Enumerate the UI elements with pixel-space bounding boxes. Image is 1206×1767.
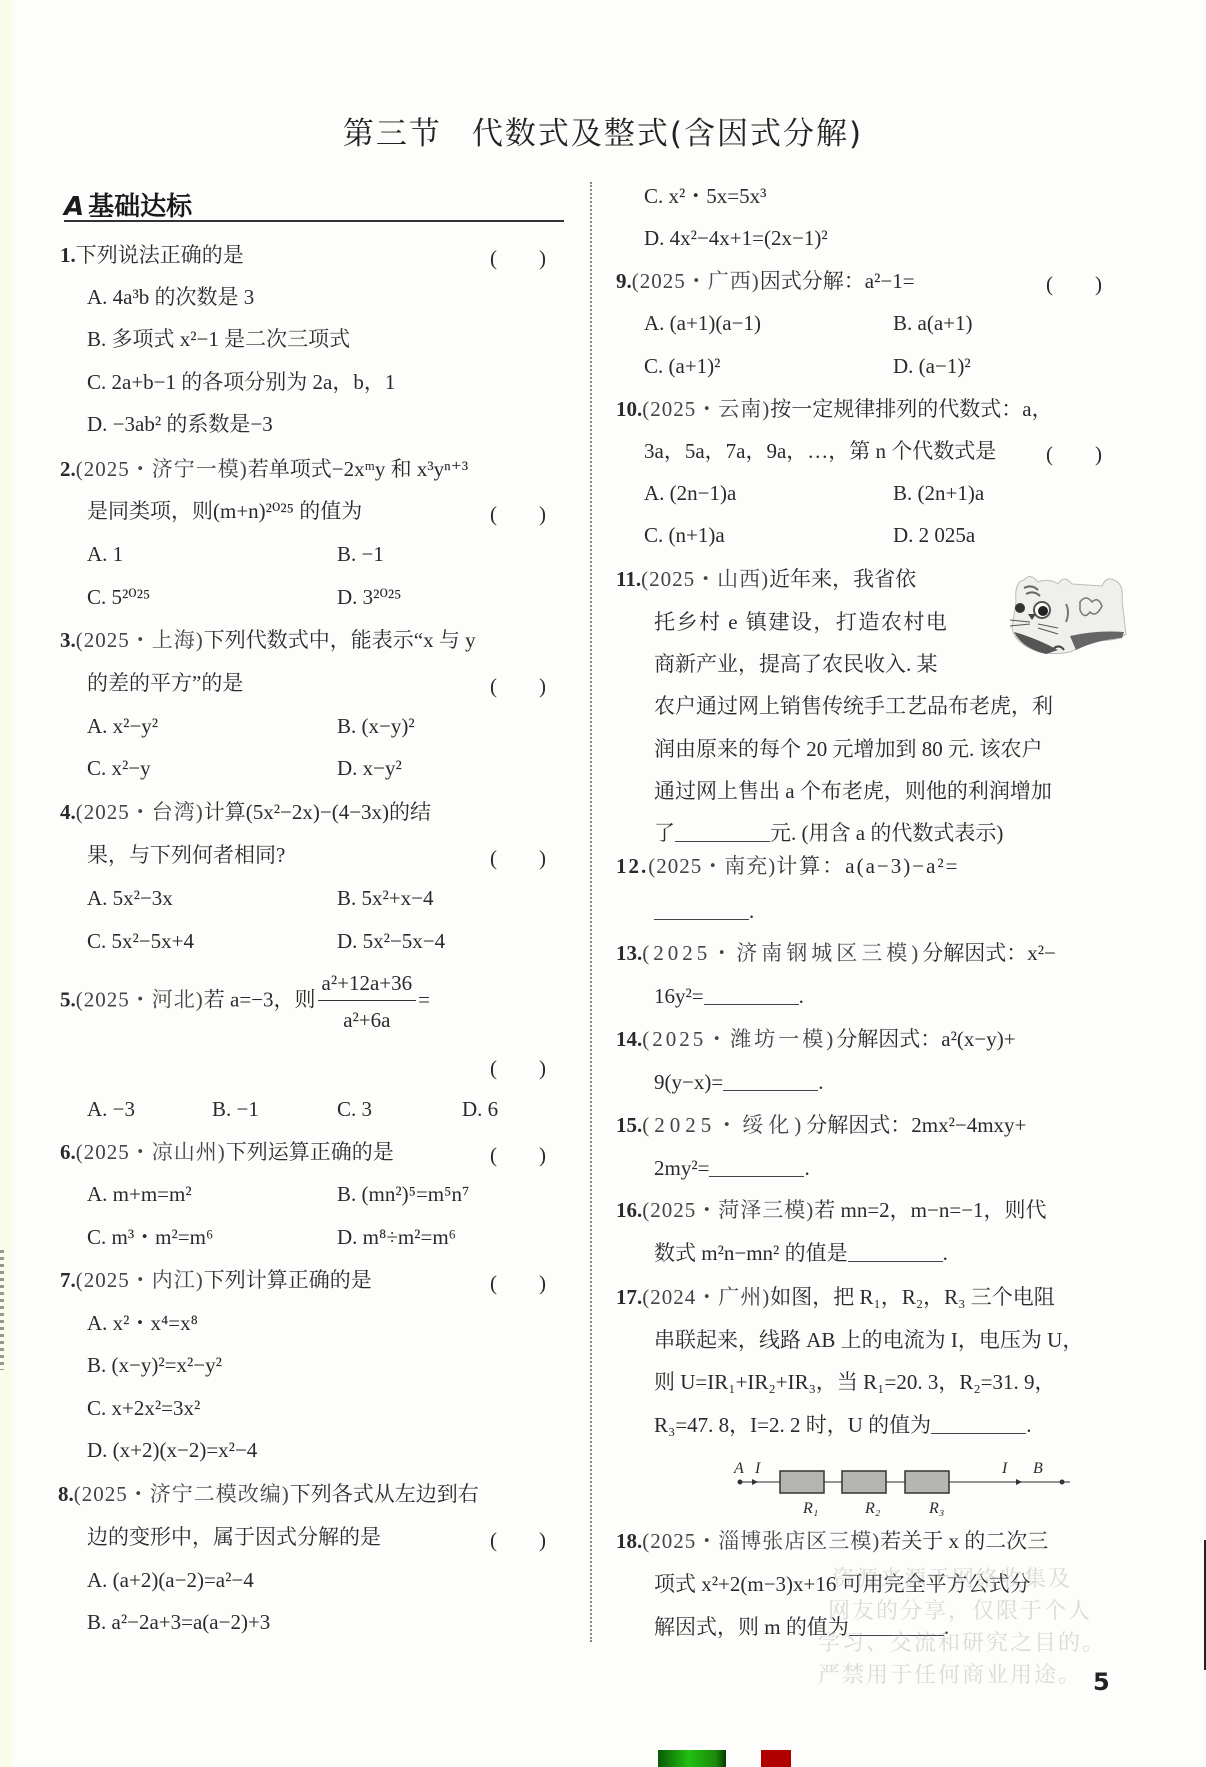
option-b: B. (x−y)² [337, 713, 415, 739]
question-stem: 下列各式从左边到右 [290, 1482, 479, 1506]
question-source: (2025・潍坊一模) [642, 1027, 836, 1051]
fraction-numerator: a²+12a+36 [318, 968, 417, 1001]
question-number: 15. [616, 1113, 642, 1137]
question-stem-cont: 是同类项，则(m+n)²⁰²⁵ 的值为 [87, 498, 362, 524]
node-label-b: B [1033, 1456, 1043, 1482]
question-text: 了 [654, 821, 675, 845]
option-a: A. −3 [87, 1096, 135, 1122]
question-number: 8. [58, 1482, 74, 1506]
question-stem: 分解因式：2mx²−4mxy+ [806, 1113, 1026, 1137]
question-stem: 计算(5x²−2x)−(4−3x)的结 [204, 800, 431, 824]
equals-sign: = [418, 987, 430, 1011]
resistor-label-r2: R₂ [865, 1496, 880, 1522]
question-stem: 下列说法正确的是 [76, 243, 244, 267]
question-source: (2025・山西) [641, 567, 769, 591]
option-a: A. (2n−1)a [644, 480, 736, 506]
question-number: 6. [60, 1140, 76, 1164]
option-a: A. x²−y² [87, 713, 158, 739]
period: . [1026, 1413, 1031, 1437]
question-number: 1. [60, 243, 76, 267]
answer-blank[interactable] [704, 984, 799, 1005]
question-stem-cont: 边的变形中，属于因式分解的是 [87, 1524, 381, 1550]
question-source: (2025・云南) [642, 397, 770, 421]
option-d: D. 6 [462, 1096, 498, 1122]
option-d: D. (x+2)(x−2)=x²−4 [87, 1437, 257, 1463]
question-source: (2025・内江) [76, 1268, 204, 1292]
answer-paren[interactable]: ( ) [490, 1524, 546, 1554]
answer-blank[interactable] [849, 1615, 944, 1636]
question-source: (2025・河北) [76, 987, 204, 1011]
question-source: (2025・南充) [648, 854, 776, 878]
option-d: D. (a−1)² [893, 353, 971, 379]
option-b: B. (mn²)⁵=m⁵n⁷ [337, 1181, 469, 1207]
page-title: 第三节代数式及整式(含因式分解) [0, 108, 1206, 153]
question-text: 元. (用含 a 的代数式表示) [770, 821, 1003, 845]
question-text: 近年来，我省依 [769, 567, 916, 591]
color-bar-green [658, 1750, 726, 1767]
question-stem-cont: 2my²= [654, 1156, 709, 1180]
page-left-edge [0, 0, 12, 1767]
question-source: (2025・菏泽三模) [642, 1198, 814, 1222]
question-stem: 分解因式：x²− [922, 941, 1056, 965]
question-source: (2025・凉山州) [76, 1140, 226, 1164]
question-stem: 下列代数式中，能表示“x 与 y [204, 628, 476, 652]
option-b: B. a²−2a+3=a(a−2)+3 [87, 1609, 270, 1635]
resistor-label-r1: R₁ [803, 1496, 818, 1522]
question-text: R₃=47. 8，I=2. 2 时，U 的值为 [654, 1413, 931, 1437]
option-a: A. m+m=m² [87, 1181, 192, 1207]
cloth-tiger-image [1006, 562, 1132, 658]
question-source: (2025・济宁一模) [76, 457, 248, 481]
question-text: 则 U=IR₁+IR₂+IR₃，当 R₁=20. 3，R₂=31. 9， [654, 1369, 1056, 1395]
question-number: 16. [616, 1198, 642, 1222]
question-source: (2025・济宁二模改编) [74, 1482, 290, 1506]
answer-paren[interactable]: ( ) [1046, 438, 1102, 468]
question-text: 托乡村 e 镇建设，打造农村电 [654, 609, 948, 635]
question-stem: 按一定规律排列的代数式：a， [770, 397, 1052, 421]
question-source: (2025・淄博张店区三模) [642, 1529, 880, 1553]
answer-blank[interactable] [709, 1156, 804, 1177]
question-stem: 如图，把 R₁，R₂，R₃ 三个电阻 [770, 1285, 1054, 1309]
option-d: D. −3ab² 的系数是−3 [87, 411, 273, 437]
period: . [944, 1615, 949, 1639]
question-source: (2025・绥化) [642, 1113, 806, 1137]
option-c: C. 2a+b−1 的各项分别为 2a，b，1 [87, 369, 395, 395]
answer-paren[interactable]: ( ) [490, 1052, 546, 1082]
question-number: 12. [616, 854, 648, 878]
question-source: (2025・济南钢城区三模) [642, 941, 922, 965]
option-a: A. 4a³b 的次数是 3 [87, 284, 254, 310]
current-label-right: I [1002, 1456, 1007, 1482]
answer-paren[interactable]: ( ) [490, 1139, 546, 1169]
section-number: 第三节 [343, 116, 442, 152]
binding-marks [0, 1250, 4, 1370]
option-b: B. −1 [337, 541, 384, 567]
option-b: B. (x−y)²=x²−y² [87, 1352, 222, 1378]
answer-blank[interactable] [723, 1070, 818, 1091]
question-source: (2025・台湾) [76, 800, 204, 824]
option-d: D. 2 025a [893, 522, 975, 548]
question-text: 润由原来的每个 20 元增加到 80 元. 该农户 [654, 736, 1043, 762]
option-b: B. 5x²+x−4 [337, 885, 434, 911]
question-stem-cont: 16y²= [654, 984, 704, 1008]
option-c: C. (a+1)² [644, 353, 720, 379]
watermark-line: 严禁用于任何商业用途。 [818, 1660, 1198, 1692]
answer-blank[interactable] [931, 1413, 1026, 1434]
answer-paren[interactable]: ( ) [1046, 268, 1102, 298]
question-stem-cont: 项式 x²+2(m−3)x+16 可用完全平方公式分 [654, 1571, 1031, 1597]
question-stem-cont: 9(y−x)= [654, 1070, 723, 1094]
period: . [943, 1241, 948, 1265]
question-number: 14. [616, 1027, 642, 1051]
option-d: D. 3²⁰²⁵ [337, 584, 402, 610]
answer-paren[interactable]: ( ) [490, 1267, 546, 1297]
option-b: B. −1 [212, 1096, 259, 1122]
fraction-denominator: a²+6a [318, 1001, 417, 1035]
current-label-left: I [755, 1456, 760, 1482]
option-c: C. 5x²−5x+4 [87, 928, 194, 954]
option-d: D. 4x²−4x+1=(2x−1)² [644, 225, 828, 251]
section-heading: A基础达标 [64, 186, 564, 222]
question-number: 5. [60, 987, 76, 1011]
option-b: B. a(a+1) [893, 310, 972, 336]
question-stem: 下列计算正确的是 [204, 1268, 372, 1292]
question-stem: 计算：a(a−3)−a²= [776, 854, 959, 878]
resistor-label-r3: R₃ [929, 1496, 944, 1522]
answer-blank[interactable] [675, 821, 770, 842]
page-number: 5 [1093, 1668, 1110, 1696]
question-number: 3. [60, 628, 76, 652]
question-stem: 分解因式：a²(x−y)+ [836, 1027, 1015, 1051]
answer-paren[interactable]: ( ) [490, 842, 546, 872]
option-c: C. x+2x²=3x² [87, 1395, 200, 1421]
question-number: 10. [616, 397, 642, 421]
option-c: C. 5²⁰²⁵ [87, 584, 150, 610]
option-c: C. (n+1)a [644, 522, 725, 548]
question-number: 7. [60, 1268, 76, 1292]
question-stem: 若关于 x 的二次三 [880, 1529, 1048, 1553]
question-source: (2025・上海) [76, 628, 204, 652]
question-text: 串联起来，线路 AB 上的电流为 I，电压为 U， [654, 1327, 1083, 1353]
question-text: 农户通过网上销售传统手工艺品布老虎，利 [654, 693, 1053, 719]
option-d: D. 5x²−5x−4 [337, 928, 445, 954]
answer-paren[interactable]: ( ) [490, 498, 546, 528]
question-stem-cont: 的差的平方”的是 [87, 670, 243, 696]
answer-paren[interactable]: ( ) [490, 670, 546, 700]
question-stem: 因式分解：a²−1= [760, 269, 915, 293]
fraction: a²+12a+36a²+6a [318, 968, 417, 1035]
question-stem: 若 a=−3，则 [204, 987, 316, 1011]
option-a: A. (a+2)(a−2)=a²−4 [87, 1567, 254, 1593]
question-stem: 若单项式−2xᵐy 和 x³yⁿ⁺³ [248, 457, 468, 481]
option-c: C. x²・5x=5x³ [644, 183, 766, 209]
section-title: 代数式及整式(含因式分解) [472, 116, 863, 152]
column-divider [590, 182, 592, 1642]
period: . [799, 984, 804, 1008]
color-bar-red [761, 1750, 791, 1767]
option-a: A. (a+1)(a−1) [644, 310, 761, 336]
question-number: 17. [616, 1285, 642, 1309]
period: . [749, 899, 754, 923]
question-number: 11. [616, 567, 641, 591]
question-stem-cont: 解因式，则 m 的值为 [654, 1615, 849, 1639]
question-stem-cont: 3a，5a，7a，9a，…，第 n 个代数式是 [644, 438, 996, 464]
option-d: D. x−y² [337, 755, 402, 781]
answer-blank[interactable] [654, 899, 749, 920]
question-number: 13. [616, 941, 642, 965]
answer-blank[interactable] [848, 1241, 943, 1262]
option-a: A. 5x²−3x [87, 885, 173, 911]
question-stem: 下列运算正确的是 [226, 1140, 394, 1164]
option-c: C. x²−y [87, 755, 151, 781]
option-a: A. x²・x⁴=x⁸ [87, 1310, 198, 1336]
question-stem-cont: 数式 m²n−mn² 的值是 [654, 1241, 848, 1265]
question-text: 商新产业，提高了农民收入. 某 [654, 651, 938, 677]
question-stem: 若 mn=2，m−n=−1，则代 [814, 1198, 1046, 1222]
question-number: 18. [616, 1529, 642, 1553]
section-letter: A [64, 192, 84, 222]
option-b: B. 多项式 x²−1 是二次三项式 [87, 326, 350, 352]
question-number: 2. [60, 457, 76, 481]
question-source: (2024・广州) [642, 1285, 770, 1309]
question-text: 通过网上售出 a 个布老虎，则他的利润增加 [654, 778, 1052, 804]
series-circuit-diagram [730, 1458, 1080, 1518]
question-number: 4. [60, 800, 76, 824]
question-source: (2025・广西) [632, 269, 760, 293]
option-c: C. m³・m²=m⁶ [87, 1224, 213, 1250]
answer-paren[interactable]: ( ) [490, 242, 546, 272]
question-stem-cont: 果，与下列何者相同? [87, 842, 285, 868]
option-a: A. 1 [87, 541, 123, 567]
node-label-a: A [734, 1456, 744, 1482]
option-d: D. m⁸÷m²=m⁶ [337, 1224, 456, 1250]
period: . [818, 1070, 823, 1094]
option-c: C. 3 [337, 1096, 372, 1122]
period: . [804, 1156, 809, 1180]
option-b: B. (2n+1)a [893, 480, 984, 506]
section-label: 基础达标 [88, 192, 192, 222]
question-number: 9. [616, 269, 632, 293]
